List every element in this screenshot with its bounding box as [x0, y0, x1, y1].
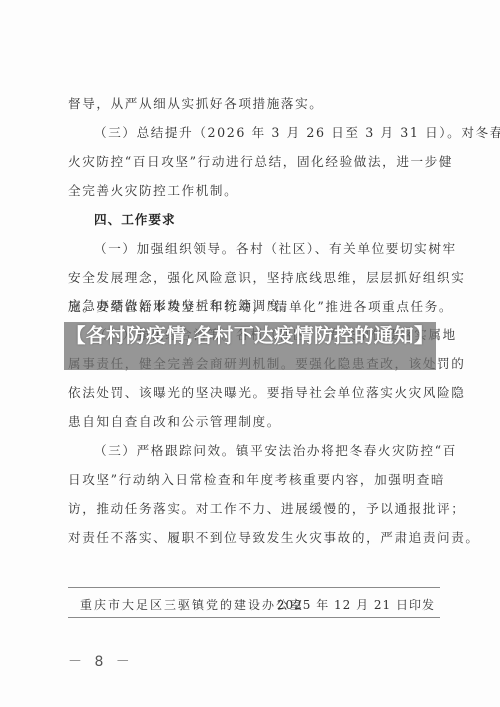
- body-line: 日攻坚”行动纳入日常检查和年度考核重要内容，加强明查暗: [68, 472, 440, 488]
- issuer-name: 重庆市大足区三驱镇党的建设办公室: [80, 597, 304, 613]
- footer-top-rule: [68, 587, 440, 588]
- body-line: 患自知自查自改和公示管理制度。: [68, 414, 440, 430]
- body-line: 应急办要做好形势分析和统筹调度。: [68, 298, 440, 314]
- issue-date: 2025 年 12 月 21 日印发: [277, 597, 435, 613]
- body-line: 依法处罚、该曝光的坚决曝光。要指导社会单位落实火灾风险隐: [68, 385, 440, 401]
- body-line: 安全发展理念，强化风险意识，坚持底线思维，层层抓好组织实: [68, 270, 440, 286]
- body-line: 全完善火灾防控工作机制。: [68, 183, 440, 199]
- body-line: 火灾防控“百日攻坚”行动进行总结，固化经验做法，进一步健: [68, 154, 440, 170]
- body-line: 对责任不落实、履职不到位导致发生火灾事故的，严肃追责问责。: [68, 530, 440, 546]
- page-number: － 8 －: [68, 651, 134, 671]
- body-line: （一）加强组织领导。各村（社区）、有关单位要切实树牢: [68, 241, 440, 257]
- body-line: （三）总结提升（2026 年 3 月 26 日至 3 月 31 日）。对冬春: [68, 125, 440, 141]
- body-line: 访，推动任务落实。对工作不力、进展缓慢的，予以通报批评；: [68, 501, 440, 517]
- body-line: （三）严格跟踪问效。镇平安法治办将把冬春火灾防控“百: [68, 443, 440, 459]
- section-heading: 四、工作要求: [68, 212, 440, 228]
- footer-bottom-rule: [68, 617, 440, 618]
- body-line: 督导，从严从细从实抓好各项措施落实。: [68, 96, 440, 112]
- overlay-title: 【各村防疫情,各村下达疫情防控的通知】: [64, 324, 436, 348]
